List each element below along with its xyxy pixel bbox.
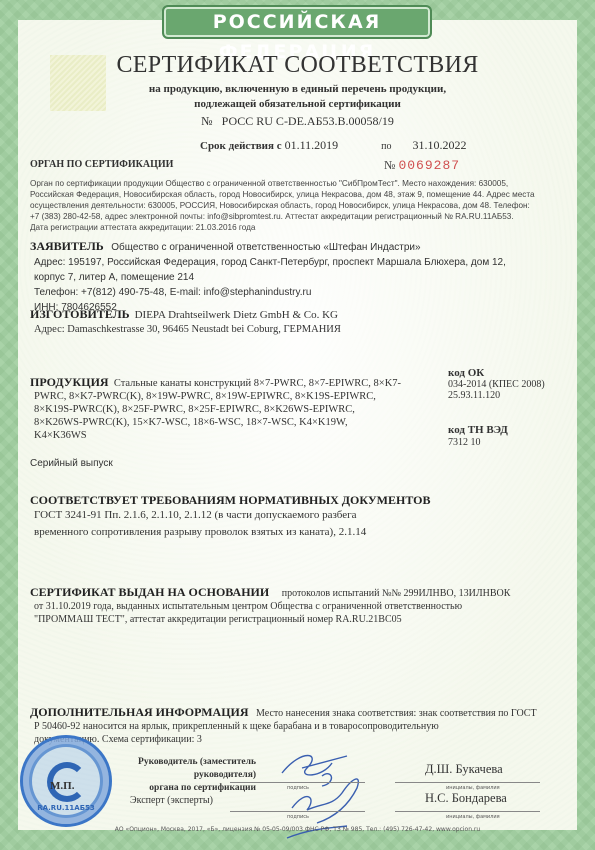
document-title: СЕРТИФИКАТ СООТВЕТСТВИЯ [0,52,595,79]
conformity-section: СООТВЕТСТВУЕТ ТРЕБОВАНИЯМ НОРМАТИВНЫХ ДО… [30,494,565,541]
head-sign-line [230,782,365,783]
manufacturer-address: Адрес: Damaschkestrasse 30, 96465 Neusta… [30,322,565,337]
certificate-number: № РОСС RU С-DE.АБ53.В.00058/19 [0,114,595,129]
product-line: K4×K36WS [30,429,410,442]
ok-code: код ОК 034-2014 (КПЕС 2008) 25.93.11.120 [448,368,545,401]
product-line: 8×K19S-PWRC(K), 8×25F-PWRC, 8×25F-EPIWRC… [30,403,410,416]
manufacturer-name: DIEPA Drahtseilwerk Dietz GmbH & Co. KG [135,309,338,321]
basis-line: от 31.10.2019 года, выданных испытательн… [30,600,565,613]
expert-name: Н.С. Бондарева [425,791,507,806]
valid-from: 01.11.2019 [285,138,339,152]
number-value: РОСС RU С-DE.АБ53.В.00058/19 [222,114,394,128]
organ-line: Российская Федерация, Новосибирская обла… [30,189,565,200]
form-number-prefix: № [384,158,395,172]
basis-section: СЕРТИФИКАТ ВЫДАН НА ОСНОВАНИИ протоколов… [30,586,565,626]
extra-line: документацию. Схема сертификации: 3 [30,733,565,746]
certificate-page: РОССИЙСКАЯ ФЕДЕРАЦИЯ СЕРТИФИКАТ СООТВЕТС… [0,0,595,850]
basis-line: протоколов испытаний №№ 299ИЛНВО, 13ИЛНВ… [282,588,511,599]
form-number: № 0069287 [384,158,460,173]
printer-footer: АО «Опцион», Москва, 2017, «Б», лицензия… [0,826,595,833]
organ-line: Дата регистрации аттестата аккредитации:… [30,222,565,233]
manufacturer-section: ИЗГОТОВИТЕЛЬ DIEPA Drahtseilwerk Dietz G… [30,308,565,337]
organ-details: Орган по сертификации продукции Общество… [30,178,565,233]
tnved-code: код ТН ВЭД 7312 10 [448,424,508,449]
extra-info-section: ДОПОЛНИТЕЛЬНАЯ ИНФОРМАЦИЯ Место нанесени… [30,706,565,746]
head-name-line [395,782,540,783]
organ-line: Орган по сертификации продукции Общество… [30,178,565,189]
expert-label: Эксперт (эксперты) [130,795,213,806]
name-caption: инициалы, фамилия [446,814,500,820]
extra-line: Р 50460-92 наносится на ярлык, прикрепле… [30,720,565,733]
organ-heading: ОРГАН ПО СЕРТИФИКАЦИИ [30,158,565,171]
head-name: Д.Ш. Букачева [425,762,503,777]
head-label-line: Руководитель (заместитель руководителя) [116,756,256,782]
expert-sign-line [230,811,365,812]
product-section: ПРОДУКЦИЯ Стальные канаты конструкций 8×… [30,376,410,442]
stamp-reg-number: RA.RU.11АБ53 [23,804,109,812]
organ-line: осуществления деятельности: 630005, РОСС… [30,200,565,211]
product-line: 8×K26WS-PWRC(K), 15×K7-WSC, 18×6-WSC, 18… [30,416,410,429]
ok-code-value: 25.93.11.120 [448,390,545,401]
form-number-value: 0069287 [398,158,460,173]
ok-code-value: 034-2014 (КПЕС 2008) [448,379,545,390]
validity-label: Срок действия с [200,140,282,152]
tnved-value: 7312 10 [448,437,508,449]
extra-heading: ДОПОЛНИТЕЛЬНАЯ ИНФОРМАЦИЯ [30,705,249,719]
conformity-heading: СООТВЕТСТВУЕТ ТРЕБОВАНИЯМ НОРМАТИВНЫХ ДО… [30,494,565,507]
sign-caption: подпись [287,785,309,791]
applicant-line: Адрес: 195197, Российская Федерация, гор… [30,255,565,270]
head-label-line: органа по сертификации [116,782,256,795]
document-subtitle: на продукцию, включенную в единый перече… [0,82,595,112]
subtitle-line: подлежащей обязательной сертификации [0,97,595,112]
applicant-section: ЗАЯВИТЕЛЬ Общество с ограниченной ответс… [30,240,565,315]
tnved-label: код ТН ВЭД [448,424,508,436]
sign-caption: подпись [287,814,309,820]
manufacturer-heading: ИЗГОТОВИТЕЛЬ [30,307,130,321]
product-line: Стальные канаты конструкций 8×7-PWRC, 8×… [114,378,401,389]
stamp-mark: М.П. [50,780,74,792]
valid-to-label: по [381,141,391,152]
ok-code-label: код ОК [448,367,484,379]
validity-period: Срок действия с 01.11.2019 по 31.10.2022 [200,138,467,153]
organ-line: +7 (383) 280-42-58, адрес электронной по… [30,211,565,222]
applicant-line: Телефон: +7(812) 490-75-48, E-mail: info… [30,285,565,300]
subtitle-line: на продукцию, включенную в единый перече… [0,82,595,97]
applicant-heading: ЗАЯВИТЕЛЬ [30,239,104,253]
valid-to: 31.10.2022 [413,138,467,152]
basis-heading: СЕРТИФИКАТ ВЫДАН НА ОСНОВАНИИ [30,585,269,599]
product-line: PWRC, 8×K7-PWRC(K), 8×19W-PWRC, 8×19W-EP… [30,390,410,403]
number-prefix: № [201,114,212,128]
extra-line: Место нанесения знака соответствия: знак… [256,708,537,719]
country-banner: РОССИЙСКАЯ ФЕДЕРАЦИЯ [162,5,432,39]
applicant-line: корпус 7, литер А, помещение 214 [30,270,565,285]
serial-release: Серийный выпуск [30,457,565,470]
applicant-name: Общество с ограниченной ответственностью… [111,242,420,253]
head-label: Руководитель (заместитель руководителя) … [116,756,256,795]
expert-name-line [395,811,540,812]
conformity-line: временного сопротивления разрыву проволо… [30,524,565,541]
basis-line: "ПРОММАШ ТЕСТ", аттестат аккредитации ре… [30,613,565,626]
product-heading: ПРОДУКЦИЯ [30,375,109,389]
conformity-line: ГОСТ 3241-91 Пп. 2.1.6, 2.1.10, 2.1.12 (… [30,507,565,524]
